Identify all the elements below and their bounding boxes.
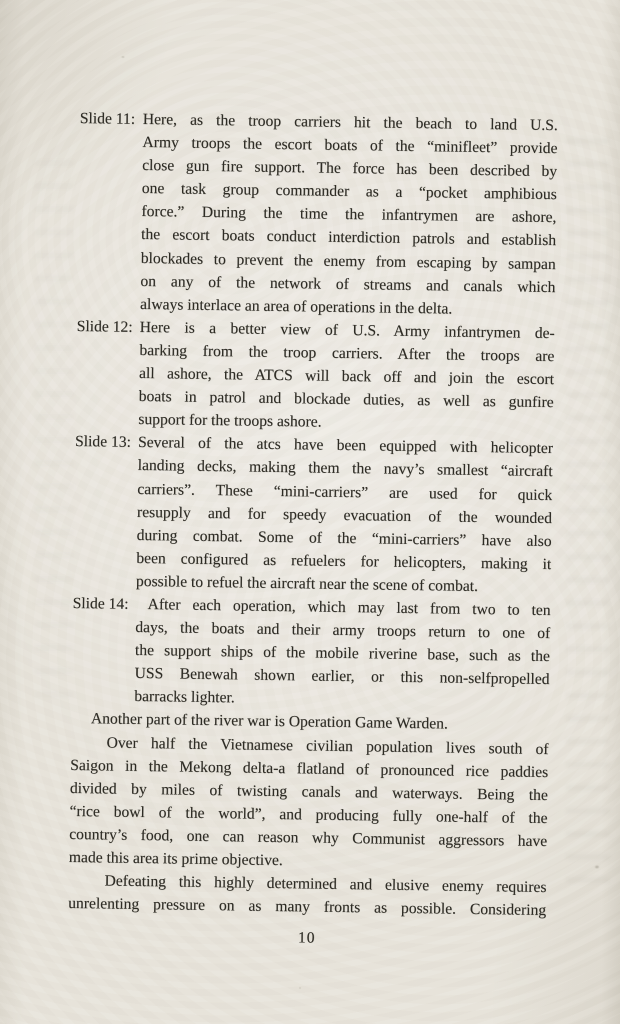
slide-12-body: Here is a better view of U.S. Army infan… <box>138 316 555 438</box>
slide-11-label: Slide 11: <box>80 107 143 131</box>
slide-12-entry: Slide 12: Here is a better view of U.S. … <box>75 315 555 438</box>
slide-12-label: Slide 12: <box>77 315 140 339</box>
slide-13-label: Slide 13: <box>75 430 138 454</box>
slide-14-entry: Slide 14: After each operation, which ma… <box>71 592 551 715</box>
page-text-block: Slide 11: Here, as the troop carriers hi… <box>68 107 558 953</box>
page-number: 10 <box>68 923 546 953</box>
paragraph-defeating-enemy: Defeating this highly determined and elu… <box>68 869 547 922</box>
slide-11-entry: Slide 11: Here, as the troop carriers hi… <box>77 107 558 322</box>
slide-11-body: Here, as the troop carriers hit the beac… <box>140 108 558 322</box>
paragraph-mekong-delta: Over half the Vietnamese civilian popula… <box>69 730 549 876</box>
slide-13-entry: Slide 13: Several of the atcs have been … <box>73 430 553 599</box>
bleed-through-artifact-left <box>34 150 74 710</box>
slide-14-label: Slide 14: <box>72 592 135 616</box>
scanned-book-page: Slide 11: Here, as the troop carriers hi… <box>0 0 620 1024</box>
slide-13-body: Several of the atcs have been equipped w… <box>136 431 553 599</box>
slide-14-body: After each operation, which may last fro… <box>134 593 551 715</box>
bleed-through-artifact-right <box>566 128 610 888</box>
